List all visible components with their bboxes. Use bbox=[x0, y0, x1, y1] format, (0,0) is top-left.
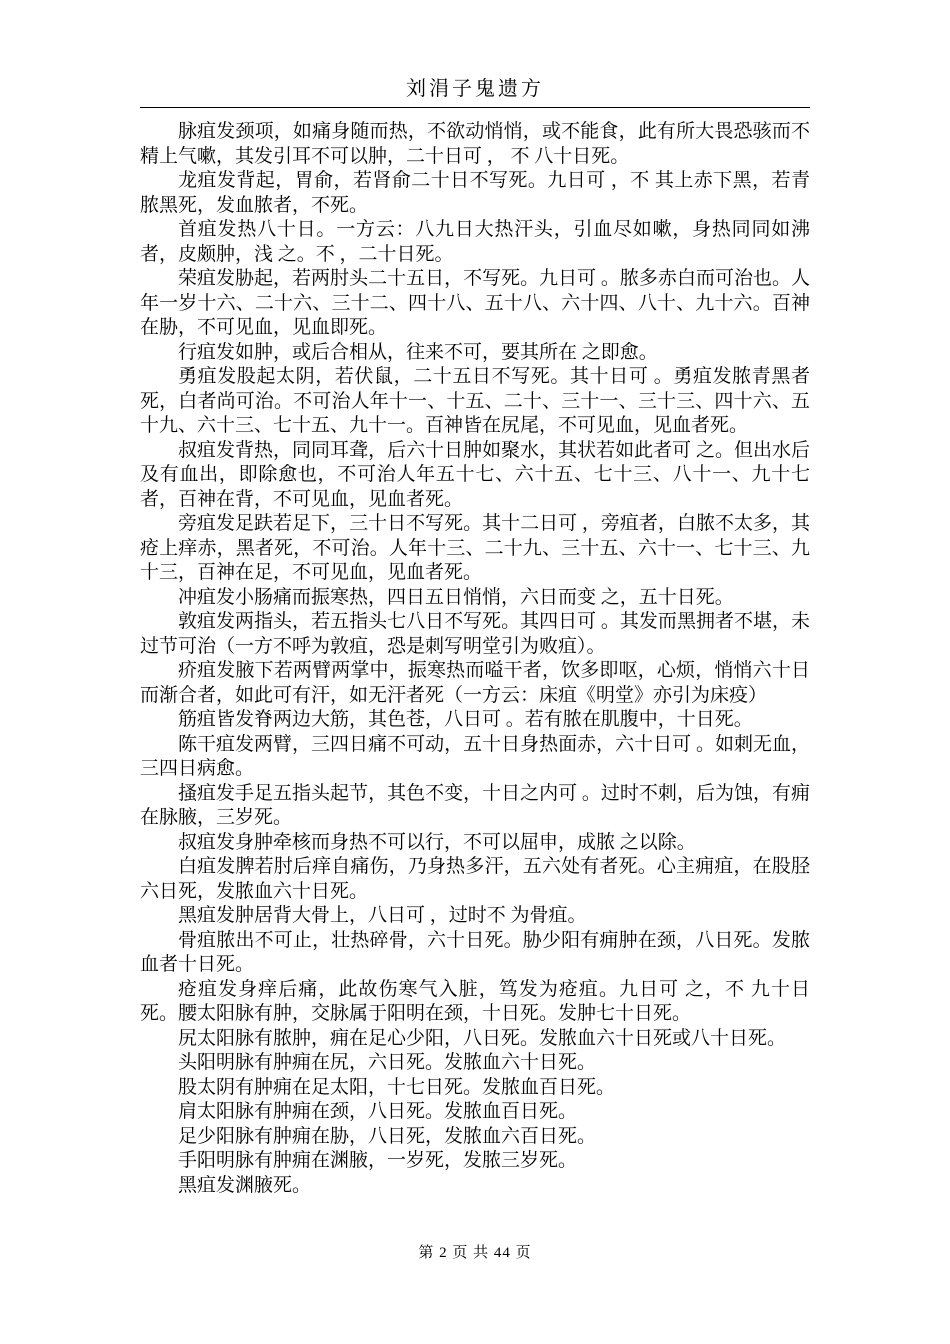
paragraph: 搔疽发手足五指头起节，其色不变，十日之内可 。过时不刺，后为蚀，有痈在脉腋，三岁… bbox=[140, 782, 810, 831]
paragraph: 陈干疽发两臂，三四日痛不可动，五十日身热面赤，六十日可 。如刺无血，三四日病愈。 bbox=[140, 733, 810, 782]
paragraph: 足少阳脉有肿痈在胁，八日死，发脓血六百日死。 bbox=[140, 1125, 810, 1150]
paragraph: 疥疽发腋下若两臂两掌中，振寒热而嗌干者，饮多即呕，心烦，悄悄六十日而渐合者，如此… bbox=[140, 659, 810, 708]
paragraph: 肩太阳脉有肿痈在颈，八日死。发脓血百日死。 bbox=[140, 1100, 810, 1125]
page-number: 第 2 页 共 44 页 bbox=[0, 1241, 950, 1262]
paragraph: 尻太阳脉有脓肿，痈在足心少阳，八日死。发脓血六十日死或八十日死。 bbox=[140, 1027, 810, 1052]
document-body: 脉疽发颈项，如痛身随而热，不欲动悄悄，或不能食，此有所大畏恐骇而不精上气嗽，其发… bbox=[140, 120, 810, 1198]
paragraph: 行疽发如肿，或后合相从，往来不可，要其所在 之即愈。 bbox=[140, 341, 810, 366]
paragraph: 骨疽脓出不可止，壮热碎骨，六十日死。胁少阳有痈肿在颈，八日死。发脓血者十日死。 bbox=[140, 929, 810, 978]
paragraph: 冲疽发小肠痛而振寒热，四日五日悄悄，六日而变 之，五十日死。 bbox=[140, 586, 810, 611]
paragraph: 脉疽发颈项，如痛身随而热，不欲动悄悄，或不能食，此有所大畏恐骇而不精上气嗽，其发… bbox=[140, 120, 810, 169]
paragraph: 黑疽发渊腋死。 bbox=[140, 1174, 810, 1199]
paragraph: 叔疽发背热，同同耳聋，后六十日肿如聚水，其状若如此者可 之。但出水后及有血出，即… bbox=[140, 439, 810, 513]
paragraph: 旁疽发足趺若足下，三十日不写死。其十二日可 ，旁疽者，白脓不太多，其疮上痒赤，黑… bbox=[140, 512, 810, 586]
paragraph: 头阳明脉有肿痈在尻，六日死。发脓血六十日死。 bbox=[140, 1051, 810, 1076]
paragraph: 股太阴有肿痈在足太阳，十七日死。发脓血百日死。 bbox=[140, 1076, 810, 1101]
paragraph: 疮疽发身痒后痛，此故伤寒气入脏，笃发为疮疽。九日可 之，不 九十日死。腰太阳脉有… bbox=[140, 978, 810, 1027]
paragraph: 叔疽发身肿牵核而身热不可以行，不可以屈申，成脓 之以除。 bbox=[140, 831, 810, 856]
paragraph: 敦疽发两指头，若五指头七八日不写死。其四日可 。其发而黑拥者不堪，未过节可治（一… bbox=[140, 610, 810, 659]
title-divider bbox=[140, 107, 810, 108]
document-title: 刘涓子鬼遗方 bbox=[0, 72, 950, 101]
paragraph: 龙疽发背起，胃俞，若肾俞二十日不写死。九日可 ，不 其上赤下黑，若青脓黑死，发血… bbox=[140, 169, 810, 218]
document-page: 刘涓子鬼遗方 脉疽发颈项，如痛身随而热，不欲动悄悄，或不能食，此有所大畏恐骇而不… bbox=[0, 0, 950, 1344]
paragraph: 首疽发热八十日。一方云：八九日大热汗头，引血尽如嗽，身热同同如沸者，皮颇肿，浅 … bbox=[140, 218, 810, 267]
paragraph: 黑疽发肿居背大骨上，八日可 ，过时不 为骨疽。 bbox=[140, 904, 810, 929]
paragraph: 白疽发脾若肘后痒自痛伤，乃身热多汗，五六处有者死。心主痈疽，在股胫六日死，发脓血… bbox=[140, 855, 810, 904]
paragraph: 筋疽皆发脊两边大筋，其色苍，八日可 。若有脓在肌腹中，十日死。 bbox=[140, 708, 810, 733]
paragraph: 勇疽发股起太阴，若伏鼠，二十五日不写死。其十日可 。勇疽发脓青黑者死，白者尚可治… bbox=[140, 365, 810, 439]
paragraph: 手阳明脉有肿痈在渊腋，一岁死，发脓三岁死。 bbox=[140, 1149, 810, 1174]
paragraph: 荣疽发胁起，若两肘头二十五日，不写死。九日可 。脓多赤白而可治也。人年一岁十六、… bbox=[140, 267, 810, 341]
